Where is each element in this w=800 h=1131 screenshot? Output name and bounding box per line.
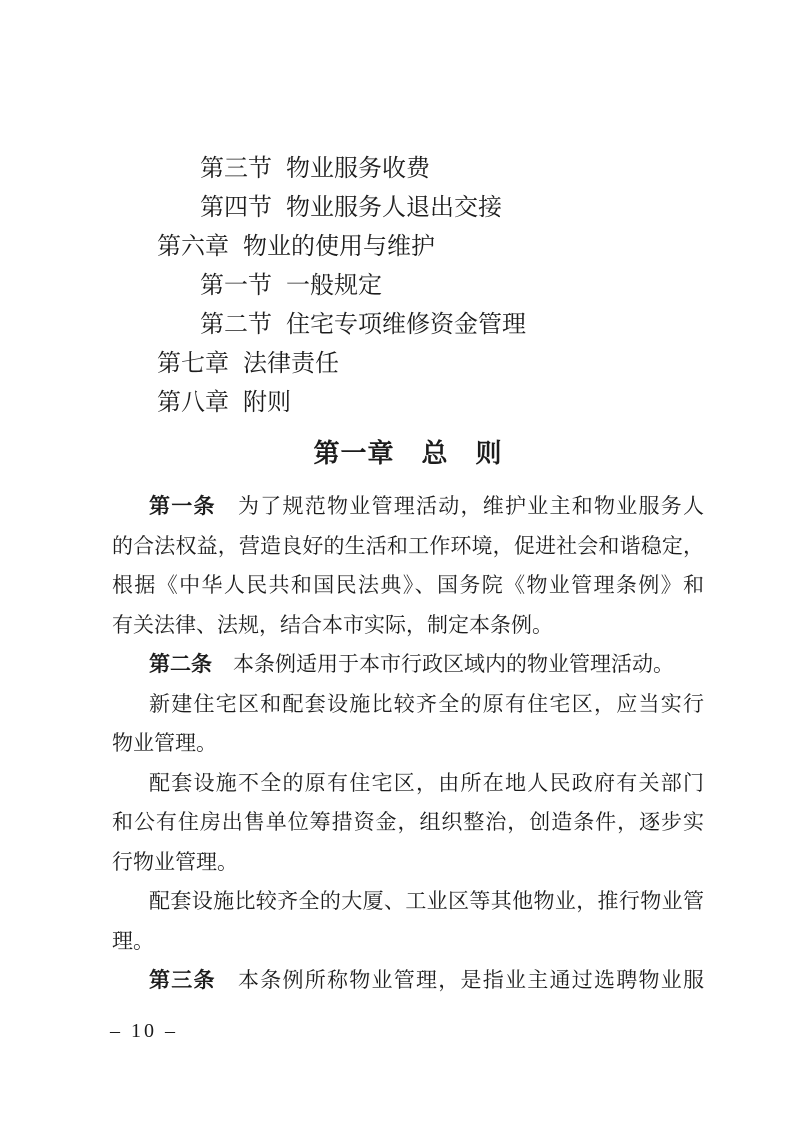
paragraph: 配套设施不全的原有住宅区，由所在地人民政府有关部门和公有住房出售单位筹措资金，组… <box>112 764 704 883</box>
text-line: 行物业管理。 <box>112 843 704 883</box>
text-line: 新建住宅区和配套设施比较齐全的原有住宅区，应当实行 <box>112 685 704 725</box>
paragraph: 新建住宅区和配套设施比较齐全的原有住宅区，应当实行物业管理。 <box>112 685 704 764</box>
toc-item: 第八章附则 <box>112 384 704 423</box>
chapter-body: 第一条 为了规范物业管理活动，维护业主和物业服务人的合法权益，营造良好的生活和工… <box>112 487 704 1001</box>
paragraph: 配套设施比较齐全的大厦、工业区等其他物业，推行物业管理。 <box>112 882 704 961</box>
toc-item-title: 物业的使用与维护 <box>243 234 435 260</box>
text-line: 有关法律、法规，结合本市实际，制定本条例。 <box>112 606 704 646</box>
toc-item-label: 第一节 <box>200 273 272 299</box>
paragraph: 第一条 为了规范物业管理活动，维护业主和物业服务人的合法权益，营造良好的生活和工… <box>112 487 704 645</box>
document-page: 第三节物业服务收费第四节物业服务人退出交接第六章物业的使用与维护第一节一般规定第… <box>0 0 800 1131</box>
toc-item-title: 附则 <box>243 390 291 416</box>
text-line: 和公有住房出售单位筹措资金，组织整治，创造条件，逐步实 <box>112 803 704 843</box>
table-of-contents: 第三节物业服务收费第四节物业服务人退出交接第六章物业的使用与维护第一节一般规定第… <box>112 150 704 423</box>
toc-item: 第七章法律责任 <box>112 345 704 384</box>
chapter-heading: 第一章 总 则 <box>112 433 704 475</box>
toc-item: 第三节物业服务收费 <box>112 150 704 189</box>
toc-item-label: 第四节 <box>200 195 272 221</box>
toc-item-title: 一般规定 <box>286 273 382 299</box>
text-line: 第一条 为了规范物业管理活动，维护业主和物业服务人 <box>112 487 704 527</box>
toc-item-label: 第六章 <box>157 234 229 260</box>
text-line: 理。 <box>112 922 704 962</box>
text-line: 第二条 本条例适用于本市行政区域内的物业管理活动。 <box>112 645 704 685</box>
toc-item: 第六章物业的使用与维护 <box>112 228 704 267</box>
page-number: – 10 – <box>110 1018 178 1044</box>
text-line: 配套设施比较齐全的大厦、工业区等其他物业，推行物业管 <box>112 882 704 922</box>
article-number-label: 第二条 <box>149 652 212 676</box>
article-number-label: 第一条 <box>149 494 216 518</box>
paragraph: 第二条 本条例适用于本市行政区域内的物业管理活动。 <box>112 645 704 685</box>
text-line: 物业管理。 <box>112 724 704 764</box>
toc-item-title: 物业服务人退出交接 <box>286 195 502 221</box>
toc-item: 第四节物业服务人退出交接 <box>112 189 704 228</box>
page-content: 第三节物业服务收费第四节物业服务人退出交接第六章物业的使用与维护第一节一般规定第… <box>112 150 704 1001</box>
article-number-label: 第三条 <box>149 968 216 992</box>
text-line: 配套设施不全的原有住宅区，由所在地人民政府有关部门 <box>112 764 704 804</box>
toc-item-title: 法律责任 <box>243 351 339 377</box>
toc-item-label: 第七章 <box>157 351 229 377</box>
toc-item: 第二节住宅专项维修资金管理 <box>112 306 704 345</box>
text-line: 根据《中华人民共和国民法典》、国务院《物业管理条例》和 <box>112 566 704 606</box>
text-line: 的合法权益，营造良好的生活和工作环境，促进社会和谐稳定， <box>112 527 704 567</box>
toc-item-title: 住宅专项维修资金管理 <box>286 312 526 338</box>
toc-item: 第一节一般规定 <box>112 267 704 306</box>
text-line: 第三条 本条例所称物业管理，是指业主通过选聘物业服 <box>112 961 704 1001</box>
toc-item-label: 第二节 <box>200 312 272 338</box>
toc-item-title: 物业服务收费 <box>286 156 430 182</box>
toc-item-label: 第三节 <box>200 156 272 182</box>
toc-item-label: 第八章 <box>157 390 229 416</box>
paragraph: 第三条 本条例所称物业管理，是指业主通过选聘物业服 <box>112 961 704 1001</box>
